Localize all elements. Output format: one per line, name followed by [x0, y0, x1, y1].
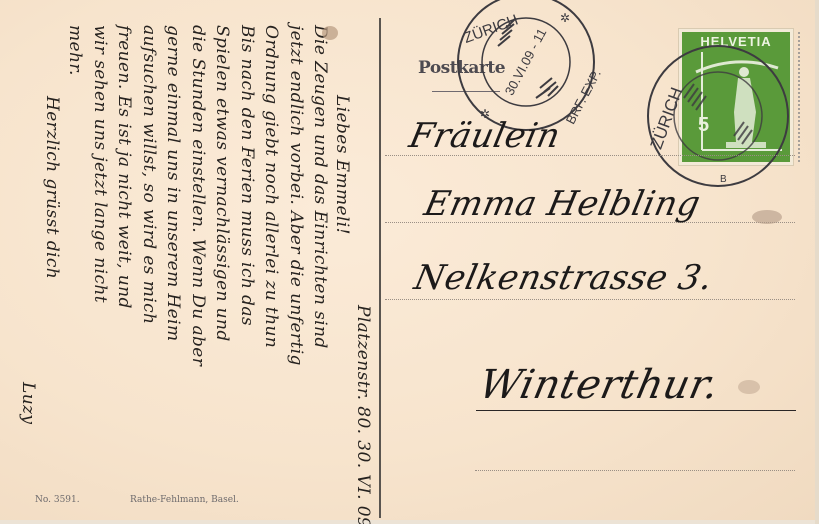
- stain: [322, 26, 338, 40]
- message-line: die Stunden einstellen. Wenn Du aber: [188, 25, 208, 366]
- card-edge-right: [815, 0, 819, 524]
- message-signature: Luzy: [18, 382, 38, 424]
- svg-text:BRF. EXP.: BRF. EXP.: [563, 67, 604, 127]
- message-greeting: Liebes Emmeli!: [332, 95, 352, 235]
- message-line: Bis nach den Ferien muss ich das: [237, 25, 257, 326]
- svg-text:✲: ✲: [560, 11, 570, 25]
- stain: [738, 380, 760, 394]
- center-divider: [379, 18, 381, 518]
- message-line: Ordnung giebt noch allerlei zu thun: [261, 25, 281, 348]
- address-city: Winterthur.: [475, 362, 723, 408]
- address-name: Emma Helbling: [421, 184, 704, 224]
- message-line: freuen. Es ist ja nicht weit, und: [114, 25, 134, 309]
- message-line: mehr.: [65, 25, 85, 76]
- publisher-imprint: Rathe-Fehlmann, Basel.: [130, 495, 239, 505]
- address-salutation: Fräulein: [406, 116, 564, 156]
- postcard: Platzenstr. 80. 30. VI. 09 Liebes Emmeli…: [0, 0, 819, 524]
- message-place-date: Platzenstr. 80. 30. VI. 09: [353, 305, 373, 524]
- address-street: Nelkenstrasse 3.: [411, 258, 717, 298]
- message-line: Die Zeugen und das Einrichten sind: [310, 25, 330, 349]
- svg-text:B: B: [720, 174, 727, 185]
- svg-text:ZÜRICH: ZÜRICH: [461, 11, 520, 47]
- message-line: Spielen etwas vernachlässigen und: [212, 25, 232, 342]
- card-edge-bottom: [0, 520, 819, 524]
- city-underline: [476, 410, 796, 411]
- address-line-3: [385, 299, 795, 300]
- message-line: gerne einmal uns in unserem Heim: [163, 25, 183, 341]
- postmark-stamp-cancel: ZÜRICH B: [636, 40, 801, 192]
- stain: [752, 210, 782, 224]
- catalog-number: No. 3591.: [35, 495, 80, 505]
- message-line: jetzt endlich vorbei. Aber die unfertig: [286, 25, 306, 366]
- message-closing: Herzlich grüsst dich: [42, 96, 62, 279]
- address-line-5: [475, 470, 795, 471]
- message-line: wir sehen uns jetzt lange nicht: [90, 25, 110, 303]
- message-line: aufsuchen willst, so wird es mich: [139, 25, 159, 324]
- postmark-city-text: ZÜRICH: [647, 85, 687, 152]
